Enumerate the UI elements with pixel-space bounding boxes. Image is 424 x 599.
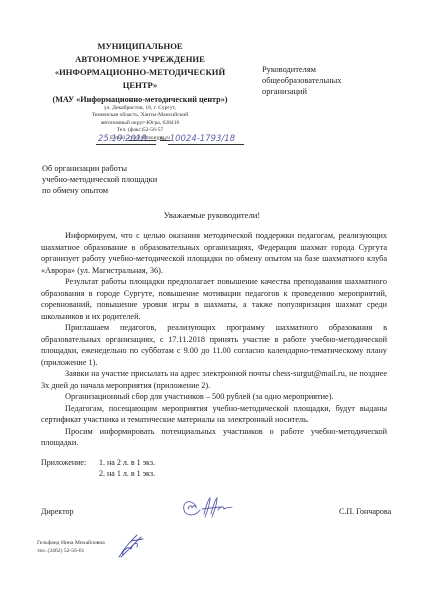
addressee-line-1: Руководителям — [262, 64, 341, 75]
number-label: № — [160, 136, 166, 143]
addressee-line-3: организаций — [262, 86, 341, 97]
body-paragraph: Организационный сбор для участников – 50… — [41, 391, 387, 403]
org-short-name: (МАУ «Информационно-методический центр») — [28, 94, 252, 105]
addressee: Руководителям общеобразовательных органи… — [262, 64, 341, 97]
address-line-2: Тюменская область, Ханты-Мансийский — [40, 112, 240, 119]
subject-line-1: Об организации работы — [42, 163, 157, 174]
org-name-line-4: ЦЕНТР» — [40, 79, 240, 92]
letter-body: Информируем, что с целью оказания методи… — [41, 230, 387, 449]
subject-line-3: по обмену опытом — [42, 185, 157, 196]
signer-name: С.П. Гончарова — [339, 507, 391, 516]
salutation: Уважаемые руководители! — [0, 210, 424, 220]
attachments-label: Приложение: — [41, 457, 99, 468]
letter-date: 25.10.2018 — [96, 134, 156, 145]
body-paragraph: Заявки на участие присылать на адрес эле… — [41, 368, 387, 391]
attachment-item: 1. на 2 л. в 1 экз. — [99, 457, 155, 468]
subject-line-2: учебно-методической площадки — [42, 174, 157, 185]
director-signature-icon — [180, 492, 250, 522]
body-paragraph: Результат работы площадки предполагает п… — [41, 276, 387, 322]
executor-name: Гельфанд Инна Михайловна — [37, 540, 105, 548]
signer-position: Директор — [41, 507, 73, 516]
body-paragraph: Просим информировать потенциальных участ… — [41, 426, 387, 449]
body-paragraph: Педагогам, посещающим мероприятия учебно… — [41, 403, 387, 426]
executor-phone: тел. (3462) 52-56-61 — [37, 548, 105, 556]
reference-line: 25.10.2018 № 10024-1793/18 — [96, 134, 246, 148]
subject: Об организации работы учебно-методическо… — [42, 163, 157, 196]
executor-info: Гельфанд Инна Михайловна тел. (3462) 52-… — [37, 540, 105, 555]
executor-signature-icon — [117, 531, 147, 561]
org-name-line-2: АВТОНОМНОЕ УЧРЕЖДЕНИЕ — [40, 53, 240, 66]
org-name-line-1: МУНИЦИПАЛЬНОЕ — [40, 40, 240, 53]
attachments: Приложение: 1. на 2 л. в 1 экз. 2. на 1 … — [41, 457, 155, 479]
body-paragraph: Приглашаем педагогов, реализующих програ… — [41, 322, 387, 368]
addressee-line-2: общеобразовательных — [262, 75, 341, 86]
letterhead: МУНИЦИПАЛЬНОЕ АВТОНОМНОЕ УЧРЕЖДЕНИЕ «ИНФ… — [40, 40, 240, 142]
org-name-line-3: «ИНФОРМАЦИОННО-МЕТОДИЧЕСКИЙ — [40, 66, 240, 79]
letter-number: 10024-1793/18 — [168, 134, 244, 145]
attachment-item: 2. на 1 л. в 1 экз. — [99, 468, 155, 479]
body-paragraph: Информируем, что с целью оказания методи… — [41, 230, 387, 276]
